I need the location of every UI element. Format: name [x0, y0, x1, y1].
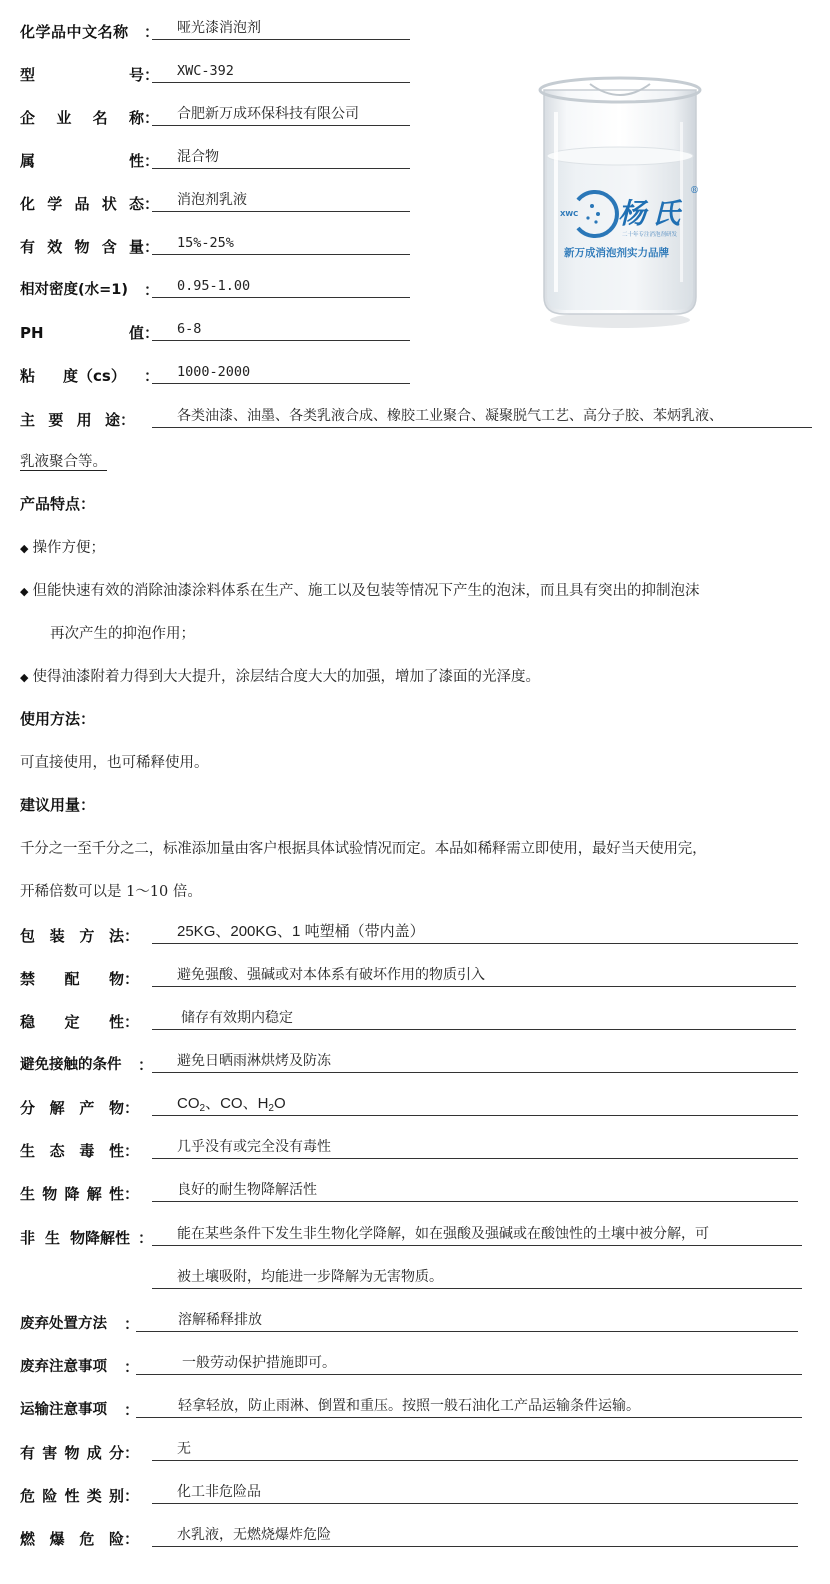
field-explosion-hazard: 燃爆危险 ：	[20, 1525, 139, 1549]
dosage-text-line1: 千分之一至千分之二，标准添加量由客户根据具体试验情况而定。本品如稀释需立即使用，…	[20, 837, 706, 858]
field-value-viscosity: 1000-2000	[152, 362, 410, 384]
field-label: 分解产物	[20, 1098, 124, 1118]
field-label: 危险性类别	[20, 1486, 124, 1506]
field-packaging: 包装方法 ：	[20, 922, 139, 946]
field-decomposition: 分解产物 ：	[20, 1094, 139, 1118]
field-value-explosion-hazard: 水乳液，无燃烧爆炸危险	[152, 1525, 798, 1547]
field-value-disposal-notes: 一般劳动保护措施即可。	[136, 1353, 802, 1375]
field-value-biodegradability: 良好的耐生物降解活性	[152, 1180, 798, 1202]
brand-slogan: 新万成消泡剂实力品牌	[564, 245, 669, 260]
field-label: 有效物含量	[20, 237, 144, 257]
diamond-bullet-icon: ◆	[20, 585, 28, 598]
field-value-density: 0.95-1.00	[152, 276, 410, 298]
field-label: 废弃处置方法	[20, 1314, 124, 1334]
feature-item: ◆但能快速有效的消除油漆涂料体系在生产、施工以及包装等情况下产生的泡沫，而且具有…	[20, 579, 699, 600]
field-value-company: 合肥新万成环保科技有限公司	[152, 104, 410, 126]
usage-method-heading: 使用方法：	[20, 708, 95, 729]
field-value-ecotoxicity: 几乎没有或完全没有毒性	[152, 1137, 798, 1159]
field-hazardous-components: 有害物成分 ：	[20, 1439, 139, 1463]
field-label: 避免接触的条件	[20, 1055, 138, 1075]
field-label: 企业名称	[20, 108, 144, 128]
field-value-main-usage: 各类油漆、油墨、各类乳液合成、橡胶工业聚合、凝聚脱气工艺、高分子胶、苯炳乳液、	[152, 406, 812, 428]
brand-logo-text: 杨氏	[618, 192, 686, 232]
field-label: 废弃注意事项	[20, 1357, 124, 1377]
field-company: 企业名称 ：	[20, 104, 159, 128]
field-label: PH值	[20, 323, 144, 343]
field-label: 运输注意事项	[20, 1400, 124, 1420]
diamond-bullet-icon: ◆	[20, 542, 28, 555]
field-label: 禁配物	[20, 969, 124, 989]
field-transport-notes: 运输注意事项：	[20, 1396, 139, 1420]
brand-abbrev: XWC	[560, 210, 578, 218]
field-label: 包装方法	[20, 926, 124, 946]
field-value-disposal-method: 溶解稀释排放	[136, 1310, 798, 1332]
field-value-abiotic-line2: 被土壤吸附，均能进一步降解为无害物质。	[152, 1267, 802, 1289]
field-value-avoid-conditions: 避免日晒雨淋烘烤及防冻	[152, 1051, 798, 1073]
dosage-text-line2: 开稀倍数可以是 1～10 倍。	[20, 880, 202, 901]
field-value-ph: 6-8	[152, 319, 410, 341]
field-ecotoxicity: 生态毒性 ：	[20, 1137, 139, 1161]
field-value-hazard-class: 化工非危险品	[152, 1482, 798, 1504]
field-label: 属性	[20, 151, 144, 171]
field-ph: PH值 ：	[20, 319, 159, 343]
field-active-content: 有效物含量 ：	[20, 233, 159, 257]
field-chemical-name: 化学品中文名称 ：	[20, 18, 159, 42]
field-hazard-class: 危险性类别 ：	[20, 1482, 139, 1506]
field-label: 生物降解性	[20, 1184, 124, 1204]
field-label: 相对密度(水=1)	[20, 280, 144, 300]
field-label: 化学品中文名称	[20, 22, 144, 42]
field-value-incompatible: 避免强酸、强碱或对本体系有破坏作用的物质引入	[152, 965, 796, 987]
field-attribute: 属性 ：	[20, 147, 159, 171]
field-value-stability: 储存有效期内稳定	[152, 1008, 796, 1030]
feature-item-continued: 再次产生的抑泡作用；	[50, 622, 195, 643]
field-viscosity: 粘度（cs） ：	[20, 362, 159, 386]
field-model: 型号 ：	[20, 61, 159, 85]
field-density: 相对密度(水=1)：	[20, 276, 159, 300]
field-label: 粘度（cs）	[20, 366, 144, 386]
feature-item: ◆操作方便；	[20, 536, 105, 557]
field-disposal-notes: 废弃注意事项：	[20, 1353, 139, 1377]
field-state: 化学品状态 ：	[20, 190, 159, 214]
field-value-model: XWC-392	[152, 61, 410, 83]
field-label: 燃爆危险	[20, 1529, 124, 1549]
field-value-active-content: 15%-25%	[152, 233, 410, 255]
field-value-attribute: 混合物	[152, 147, 410, 169]
dosage-heading: 建议用量：	[20, 794, 95, 815]
field-value-state: 消泡剂乳液	[152, 190, 410, 212]
field-label: 生态毒性	[20, 1141, 124, 1161]
field-value-packaging: 25KG、200KG、1 吨塑桶（带内盖）	[152, 922, 798, 944]
field-label: 有害物成分	[20, 1443, 124, 1463]
field-label: 稳定性	[20, 1012, 124, 1032]
diamond-bullet-icon: ◆	[20, 671, 28, 684]
feature-item: ◆使得油漆附着力得到大大提升，涂层结合度大大的加强，增加了漆面的光泽度。	[20, 665, 540, 686]
field-avoid-conditions: 避免接触的条件：	[20, 1051, 153, 1075]
field-disposal-method: 废弃处置方法：	[20, 1310, 139, 1334]
field-biodegradability: 生物降解性 ：	[20, 1180, 139, 1204]
field-stability: 稳定性 ：	[20, 1008, 139, 1032]
field-label: 主要用途	[20, 410, 120, 430]
field-value-hazardous-components: 无	[152, 1439, 798, 1461]
field-abiotic-degradability: 非生物降解性 ：	[20, 1224, 153, 1248]
main-usage-continued: 乳液聚合等。	[20, 450, 107, 471]
field-main-usage: 主要用途 ：	[20, 406, 135, 430]
product-beaker-image: XWC 杨氏 ® 二十年专注消泡剂研发 新万成消泡剂实力品牌	[530, 62, 710, 332]
usage-method-text: 可直接使用，也可稀释使用。	[20, 751, 209, 772]
field-value-decomposition: CO2、CO、H2O	[152, 1094, 798, 1116]
field-label: 型号	[20, 65, 144, 85]
field-value-transport-notes: 轻拿轻放，防止雨淋、倒置和重压。按照一般石油化工产品运输条件运输。	[136, 1396, 802, 1418]
field-label: 非生物降解性	[20, 1228, 138, 1248]
field-incompatible: 禁配物 ：	[20, 965, 139, 989]
field-value-abiotic-line1: 能在某些条件下发生非生物化学降解，如在强酸及强碱或在酸蚀性的土壤中被分解，可	[152, 1224, 802, 1246]
registered-mark: ®	[690, 186, 699, 196]
brand-tagline: 二十年专注消泡剂研发	[622, 230, 677, 238]
features-heading: 产品特点：	[20, 493, 95, 514]
field-value-chemical-name: 哑光漆消泡剂	[152, 18, 410, 40]
field-label: 化学品状态	[20, 194, 144, 214]
